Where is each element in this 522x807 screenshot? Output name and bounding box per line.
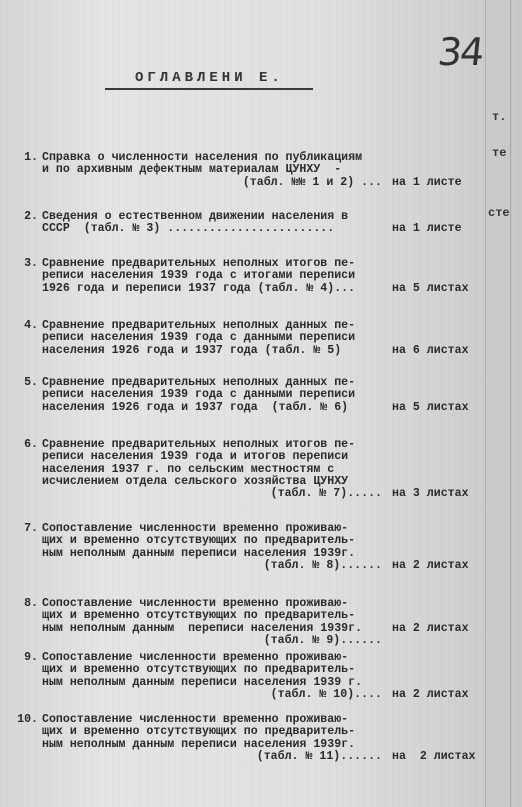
entry-number: 7.: [16, 523, 38, 535]
sheet-count: на 2 листах: [392, 560, 469, 572]
entry-line: населения 1926 года и 1937 года (табл. №…: [42, 402, 382, 414]
entry-line: населения 1926 года и 1937 года (табл. №…: [42, 345, 382, 357]
sheet-count: на 6 листах: [392, 345, 469, 357]
entry-number: 1.: [16, 152, 38, 164]
entry-number: 10.: [16, 714, 38, 726]
entry-line: реписи населения 1939 года с итогами пер…: [42, 270, 382, 282]
entry-line: реписи населения 1939 года с данными пер…: [42, 332, 382, 344]
entry-line: реписи населения 1939 года с данными пер…: [42, 389, 382, 401]
entry-line: щих и временно отсутствующих по предвари…: [42, 726, 382, 738]
sheet-count: на 1 листе: [392, 223, 462, 235]
entry-description: Сопоставление численности временно прожи…: [42, 523, 382, 572]
entry-number: 6.: [16, 439, 38, 451]
title-underline: [105, 88, 313, 90]
entry-description: Сопоставление численности временно прожи…: [42, 598, 382, 647]
edge-fragment: т.: [492, 110, 506, 124]
entry-number: 9.: [16, 652, 38, 664]
edge-fragment: те: [492, 146, 506, 160]
sheet-count: на 5 листах: [392, 283, 469, 295]
document-page: 34 ОГЛАВЛЕНИ Е. т. те сте 1.Справка о чи…: [0, 0, 522, 807]
entry-line: СССР (табл. № 3) .......................…: [42, 223, 382, 235]
entry-line: щих и временно отсутствующих по предвари…: [42, 535, 382, 547]
sheet-count: на 2 листах: [392, 623, 469, 635]
entry-description: Справка о численности населения по публи…: [42, 152, 382, 189]
entry-number: 4.: [16, 320, 38, 332]
sheet-count: на 5 листах: [392, 402, 469, 414]
entry-line: (табл. №№ 1 и 2) ...: [42, 177, 382, 189]
entry-line: (табл. № 7).....: [42, 488, 382, 500]
entry-number: 3.: [16, 258, 38, 270]
sheet-count: на 1 листе: [392, 177, 462, 189]
entry-description: Сравнение предварительных неполных итого…: [42, 439, 382, 500]
entry-line: щих и временно отсутствующих по предвари…: [42, 664, 382, 676]
entry-description: Сравнение предварительных неполных итого…: [42, 258, 382, 295]
entry-line: (табл. № 8)......: [42, 560, 382, 572]
entry-description: Сравнение предварительных неполных данны…: [42, 377, 382, 414]
sheet-count: на 3 листах: [392, 488, 469, 500]
entry-line: 1926 года и переписи 1937 года (табл. № …: [42, 283, 382, 295]
edge-fragment: сте: [488, 206, 510, 220]
entry-number: 8.: [16, 598, 38, 610]
scan-line: [485, 0, 486, 807]
page-title: ОГЛАВЛЕНИ Е.: [135, 70, 284, 86]
entry-line: (табл. № 11)......: [42, 751, 382, 763]
entry-description: Сведения о естественном движении населен…: [42, 211, 382, 236]
entry-number: 2.: [16, 211, 38, 223]
folio-number: 34: [436, 30, 485, 74]
entry-line: и по архивным дефектным материалам ЦУНХУ…: [42, 164, 382, 176]
entry-description: Сопоставление численности временно прожи…: [42, 714, 382, 763]
entry-number: 5.: [16, 377, 38, 389]
entry-line: (табл. № 9)......: [42, 635, 382, 647]
scan-line: [510, 0, 511, 807]
entry-line: реписи населения 1939 года и итогов пере…: [42, 451, 382, 463]
sheet-count: на 2 листах: [392, 751, 476, 763]
entry-line: щих и временно отсутствующих по предвари…: [42, 610, 382, 622]
entry-line: (табл. № 10)....: [42, 689, 382, 701]
entry-description: Сравнение предварительных неполных данны…: [42, 320, 382, 357]
sheet-count: на 2 листах: [392, 689, 469, 701]
entry-description: Сопоставление численности временно прожи…: [42, 652, 382, 701]
